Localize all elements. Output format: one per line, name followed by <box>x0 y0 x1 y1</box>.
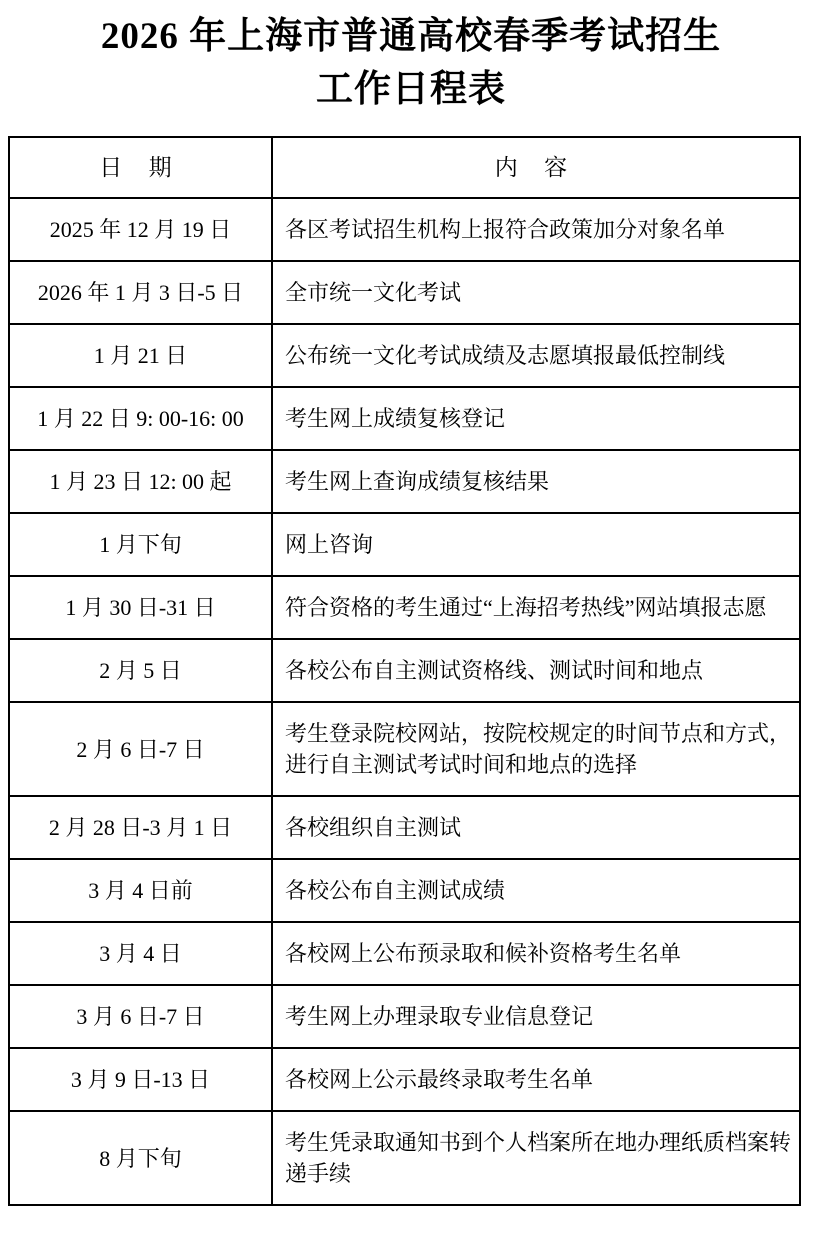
content-cell: 各区考试招生机构上报符合政策加分对象名单 <box>272 198 800 261</box>
content-cell: 各校公布自主测试资格线、测试时间和地点 <box>272 639 800 702</box>
date-cell: 1 月下旬 <box>9 513 272 576</box>
content-cell: 各校公布自主测试成绩 <box>272 859 800 922</box>
content-cell: 符合资格的考生通过“上海招考热线”网站填报志愿 <box>272 576 800 639</box>
table-row: 1 月 21 日公布统一文化考试成绩及志愿填报最低控制线 <box>9 324 800 387</box>
content-cell: 各校网上公布预录取和候补资格考生名单 <box>272 922 800 985</box>
date-cell: 3 月 4 日 <box>9 922 272 985</box>
date-cell: 2 月 6 日-7 日 <box>9 702 272 796</box>
table-row: 2026 年 1 月 3 日-5 日全市统一文化考试 <box>9 261 800 324</box>
content-cell: 各校网上公示最终录取考生名单 <box>272 1048 800 1111</box>
content-cell: 考生网上查询成绩复核结果 <box>272 450 800 513</box>
date-cell: 2 月 5 日 <box>9 639 272 702</box>
date-cell: 1 月 21 日 <box>9 324 272 387</box>
page-title-line-1: 2026 年上海市普通高校春季考试招生 <box>20 10 802 63</box>
table-row: 2 月 28 日-3 月 1 日各校组织自主测试 <box>9 796 800 859</box>
content-cell: 考生网上成绩复核登记 <box>272 387 800 450</box>
table-row: 2 月 6 日-7 日考生登录院校网站，按院校规定的时间节点和方式，进行自主测试… <box>9 702 800 796</box>
table-row: 2025 年 12 月 19 日各区考试招生机构上报符合政策加分对象名单 <box>9 198 800 261</box>
content-cell: 考生凭录取通知书到个人档案所在地办理纸质档案转递手续 <box>272 1111 800 1205</box>
table-row: 1 月下旬网上咨询 <box>9 513 800 576</box>
page-title: 2026 年上海市普通高校春季考试招生 工作日程表 <box>20 10 802 116</box>
date-cell: 3 月 9 日-13 日 <box>9 1048 272 1111</box>
table-row: 1 月 23 日 12: 00 起考生网上查询成绩复核结果 <box>9 450 800 513</box>
date-cell: 3 月 4 日前 <box>9 859 272 922</box>
content-cell: 全市统一文化考试 <box>272 261 800 324</box>
date-cell: 2026 年 1 月 3 日-5 日 <box>9 261 272 324</box>
table-row: 1 月 22 日 9: 00-16: 00考生网上成绩复核登记 <box>9 387 800 450</box>
table-row: 3 月 6 日-7 日考生网上办理录取专业信息登记 <box>9 985 800 1048</box>
content-cell: 考生登录院校网站，按院校规定的时间节点和方式，进行自主测试考试时间和地点的选择 <box>272 702 800 796</box>
table-row: 3 月 9 日-13 日各校网上公示最终录取考生名单 <box>9 1048 800 1111</box>
date-cell: 1 月 22 日 9: 00-16: 00 <box>9 387 272 450</box>
content-cell: 公布统一文化考试成绩及志愿填报最低控制线 <box>272 324 800 387</box>
page-title-line-2: 工作日程表 <box>20 63 802 116</box>
schedule-table: 日 期 内 容 2025 年 12 月 19 日各区考试招生机构上报符合政策加分… <box>8 136 801 1206</box>
content-cell: 考生网上办理录取专业信息登记 <box>272 985 800 1048</box>
header-content: 内 容 <box>272 137 800 198</box>
table-row: 3 月 4 日前各校公布自主测试成绩 <box>9 859 800 922</box>
date-cell: 3 月 6 日-7 日 <box>9 985 272 1048</box>
table-row: 3 月 4 日各校网上公布预录取和候补资格考生名单 <box>9 922 800 985</box>
date-cell: 2 月 28 日-3 月 1 日 <box>9 796 272 859</box>
content-cell: 各校组织自主测试 <box>272 796 800 859</box>
table-row: 1 月 30 日-31 日符合资格的考生通过“上海招考热线”网站填报志愿 <box>9 576 800 639</box>
header-date: 日 期 <box>9 137 272 198</box>
date-cell: 2025 年 12 月 19 日 <box>9 198 272 261</box>
date-cell: 1 月 30 日-31 日 <box>9 576 272 639</box>
table-row: 8 月下旬考生凭录取通知书到个人档案所在地办理纸质档案转递手续 <box>9 1111 800 1205</box>
schedule-table-body: 2025 年 12 月 19 日各区考试招生机构上报符合政策加分对象名单2026… <box>9 198 800 1205</box>
date-cell: 8 月下旬 <box>9 1111 272 1205</box>
table-header-row: 日 期 内 容 <box>9 137 800 198</box>
table-row: 2 月 5 日各校公布自主测试资格线、测试时间和地点 <box>9 639 800 702</box>
date-cell: 1 月 23 日 12: 00 起 <box>9 450 272 513</box>
content-cell: 网上咨询 <box>272 513 800 576</box>
